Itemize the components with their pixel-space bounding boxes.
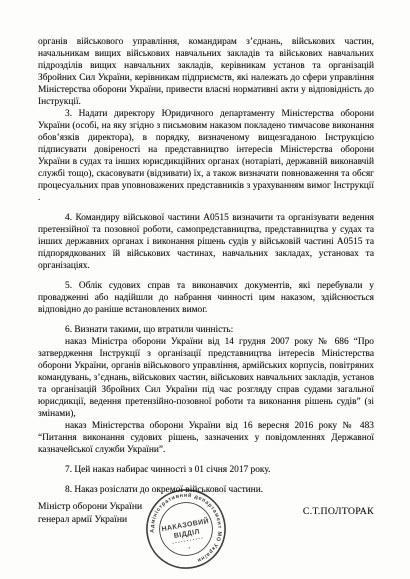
paragraph-continuation: органів військового управління, командир… — [38, 36, 374, 108]
paragraph-item-6-order-483: наказ Міністерства оборони України від 1… — [38, 420, 374, 456]
scanned-order-page: органів військового управління, командир… — [0, 0, 410, 579]
stamp-bottom-mark: * — [188, 546, 191, 552]
orders-division-stamp: Адміністративний департамент МО України … — [137, 477, 235, 579]
minister-title-line-2: генерал армії України — [38, 513, 142, 526]
paragraph-item-4: 4. Командиру військової частини А0515 ви… — [38, 212, 374, 272]
paragraph-item-6-order-686: наказ Міністра оборони України від 14 гр… — [38, 336, 374, 420]
paragraph-item-5: 5. Облік судових справ та виконавчих док… — [38, 280, 374, 316]
signature-name: С.Т.ПОЛТОРАК — [303, 506, 374, 517]
paragraph-item-3: 3. Надати директору Юридичного департаме… — [38, 108, 374, 204]
minister-title-line-1: Міністр оборони України — [38, 500, 142, 513]
signature-block: Міністр оборони України генерал армії Ук… — [38, 500, 142, 526]
paragraph-item-6-intro: 6. Визнати такими, що втратили чинність: — [38, 324, 374, 336]
paragraph-item-7: 7. Цей наказ набирає чинності з 01 січня… — [38, 464, 374, 476]
order-body-text: органів військового управління, командир… — [38, 36, 374, 496]
